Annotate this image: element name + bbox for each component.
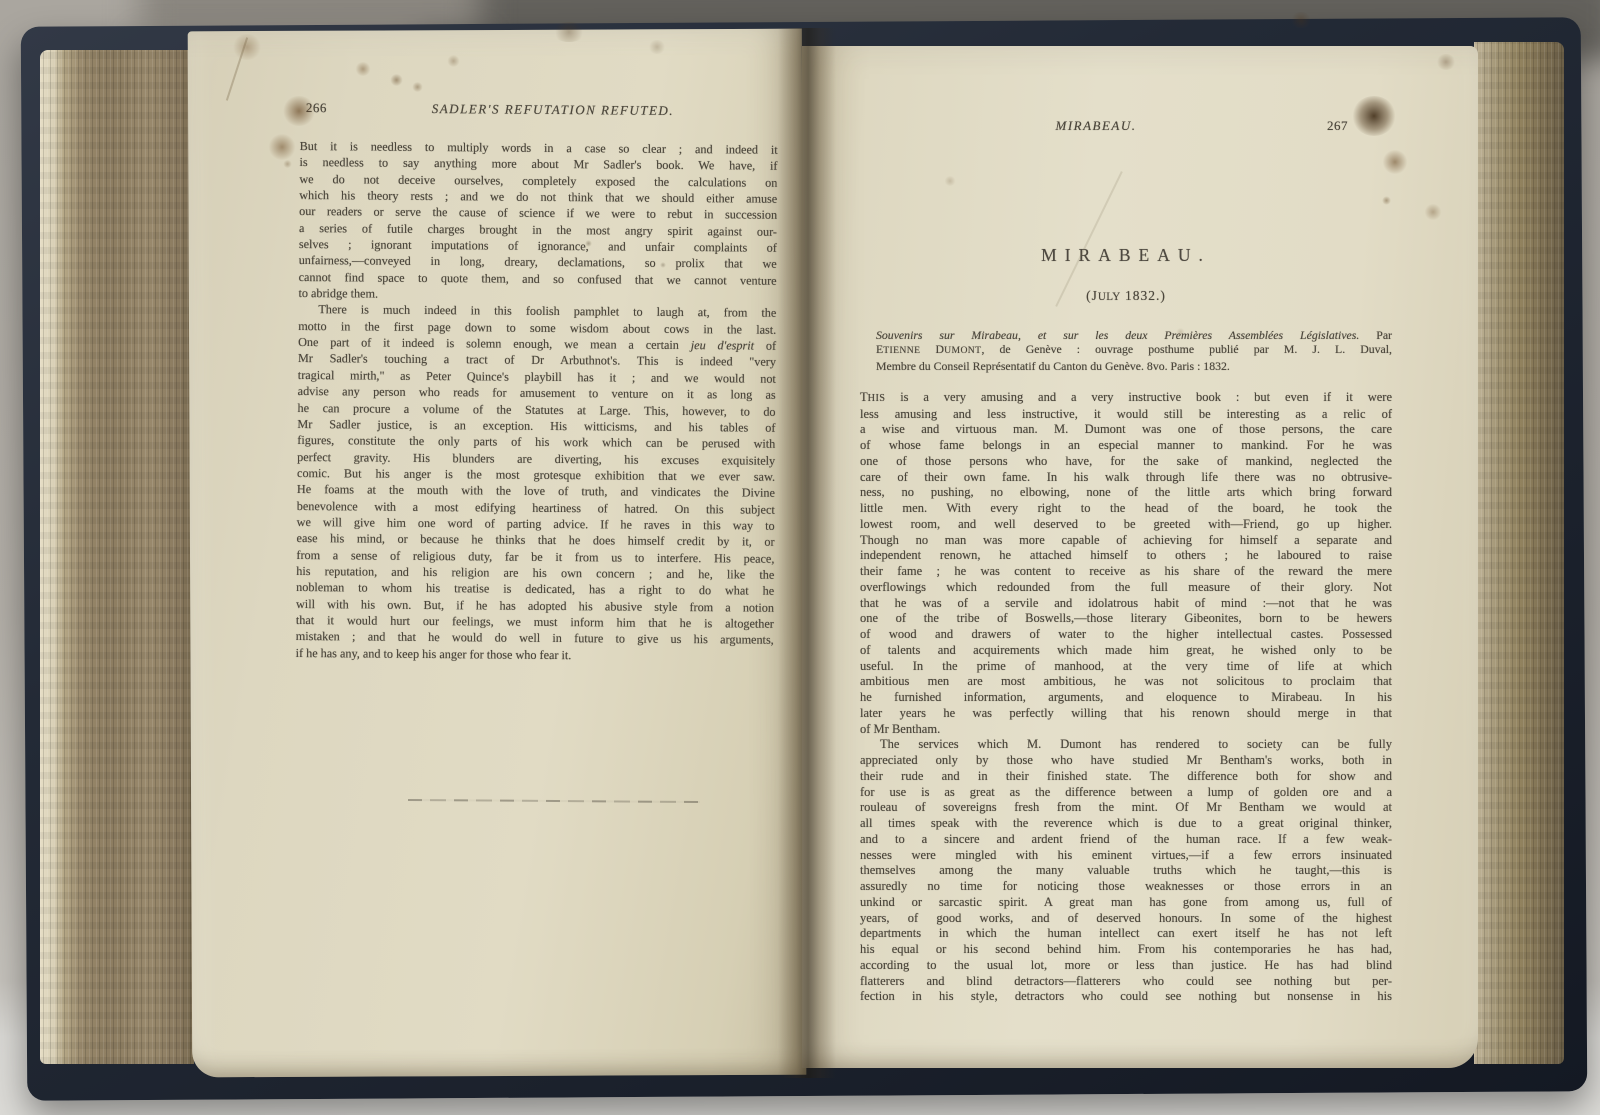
text-line: that he was of a servile and idolatrous … — [860, 596, 1392, 612]
text-line: The services which M. Dumont has rendere… — [860, 737, 1392, 753]
paragraph: The services which M. Dumont has rendere… — [860, 737, 1392, 1005]
photo-background: 266 SADLER'S REFUTATION REFUTED. But it … — [0, 0, 1600, 1115]
text-line: appreciated only by those who have studi… — [860, 753, 1392, 769]
foxing-stain — [412, 82, 423, 92]
foxing-stain — [268, 134, 296, 160]
right-page-header: MIRABEAU. 267 — [860, 118, 1392, 142]
text-line: Souvenirs sur Mirabeau, et sur les deux … — [860, 328, 1392, 343]
foxing-stain — [1382, 196, 1391, 205]
left-page-text: 266 SADLER'S REFUTATION REFUTED. But it … — [296, 100, 778, 665]
article-title: MIRABEAU. — [860, 248, 1392, 264]
running-head: MIRABEAU. — [830, 118, 1362, 134]
text-line: Though no man was more capable of achiev… — [860, 533, 1392, 549]
foxing-stain — [390, 74, 403, 86]
text-line: one of the tribe of Boswells,—those lite… — [860, 611, 1392, 627]
page-number: 267 — [1327, 118, 1348, 134]
text-line: lowest room, and well deserved to be gre… — [860, 517, 1392, 533]
page-edge-texture — [1474, 42, 1564, 1064]
page-edge-texture — [40, 50, 194, 1064]
foxing-stain — [660, 262, 666, 268]
text-line: (JULY 1832.) — [860, 288, 1392, 306]
fore-edge-left — [40, 50, 194, 1064]
foxing-stain — [1382, 150, 1408, 174]
foxing-stain — [585, 240, 592, 247]
foxing-stain — [1436, 54, 1456, 70]
text-line: of wood and drawers of water to the high… — [860, 627, 1392, 643]
text-line: themselves among the many valuable truth… — [860, 863, 1392, 879]
text-line: ness, no pushing, no elbowing, none of t… — [860, 485, 1392, 501]
foxing-stain — [1290, 12, 1312, 28]
article-dateline: (JULY 1832.) — [860, 288, 1392, 306]
text-line: flatterers and blind detractors—flattere… — [860, 974, 1392, 990]
text-line: independent renown, he attached himself … — [860, 548, 1392, 564]
fore-edge-right — [1474, 42, 1564, 1064]
book-gutter-shadow — [778, 28, 836, 1078]
text-line: ambitious men are most ambitious, he was… — [860, 674, 1392, 690]
left-page-header: 266 SADLER'S REFUTATION REFUTED. — [300, 100, 778, 128]
paragraph: But it is needless to multiply words in … — [298, 138, 777, 305]
text-line: of talents and acquirements which made h… — [860, 643, 1392, 659]
text-line: years, of good works, and of deserved ho… — [860, 911, 1392, 927]
text-line: his equal or his second behind him. From… — [860, 942, 1392, 958]
foxing-stain — [447, 55, 460, 67]
text-line: care of their own fame. In his walk thro… — [860, 470, 1392, 486]
text-line: all times speak with the reverence which… — [860, 816, 1392, 832]
text-line: nesses were mingled with his eminent vir… — [860, 848, 1392, 864]
foxing-stain — [648, 40, 666, 54]
text-line: later years he was perfectly willing tha… — [860, 706, 1392, 722]
text-line: departments in which the human intellect… — [860, 926, 1392, 942]
text-line: according to the usual lot, more or less… — [860, 958, 1392, 974]
text-line: less amusing and less instructive, it wo… — [860, 407, 1392, 423]
text-line: one of those persons who have, for the s… — [860, 454, 1392, 470]
paragraph: THIS is a very amusing and a very instru… — [860, 390, 1392, 738]
text-line: THIS is a very amusing and a very instru… — [860, 390, 1392, 407]
article-title-block: MIRABEAU. (JULY 1832.) Souvenirs sur Mir… — [860, 248, 1392, 374]
text-line: assuredly no time for noticing those wea… — [860, 879, 1392, 895]
text-line: little men. With every right to the head… — [860, 501, 1392, 517]
text-line: for use is as great as the difference be… — [860, 785, 1392, 801]
text-line: and to a sincere and ardent friend of th… — [860, 832, 1392, 848]
foxing-stain — [1352, 96, 1396, 136]
foxing-stain — [944, 176, 956, 186]
text-line: of whose fame belongs in an especial man… — [860, 438, 1392, 454]
text-line: he furnished information, arguments, and… — [860, 690, 1392, 706]
text-line: overflowings which redounded from the fu… — [860, 580, 1392, 596]
foxing-stain — [282, 96, 316, 126]
foxing-stain — [552, 22, 586, 42]
paragraph: There is much indeed in this foolish pam… — [296, 301, 777, 664]
foxing-stain — [283, 160, 292, 168]
foxing-stain — [1176, 328, 1185, 336]
text-line: fection in his style, detractors who cou… — [860, 989, 1392, 1005]
text-line: unkind or sarcastic spirit. A great man … — [860, 895, 1392, 911]
right-page-text: MIRABEAU. 267 MIRABEAU. (JULY 1832.) Sou… — [860, 118, 1392, 1005]
text-line: rouleau of sovereigns fresh from the min… — [860, 800, 1392, 816]
text-line: ETIENNE DUMONT, de Genève : ouvrage post… — [860, 342, 1392, 359]
text-line: their rude and in their finished state. … — [860, 769, 1392, 785]
foxing-stain — [355, 62, 371, 76]
running-head: SADLER'S REFUTATION REFUTED. — [314, 100, 792, 120]
book-citation: Souvenirs sur Mirabeau, et sur les deux … — [860, 328, 1392, 374]
text-line: Membre du Conseil Représentatif du Canto… — [860, 359, 1392, 374]
text-line: their fame ; he was content to receive a… — [860, 564, 1392, 580]
text-line: useful. In the prime of manhood, at the … — [860, 659, 1392, 675]
text-line: of Mr Bentham. — [860, 722, 1392, 738]
foxing-stain — [1424, 204, 1442, 220]
text-line: a wise and virtuous man. M. Dumont was o… — [860, 422, 1392, 438]
